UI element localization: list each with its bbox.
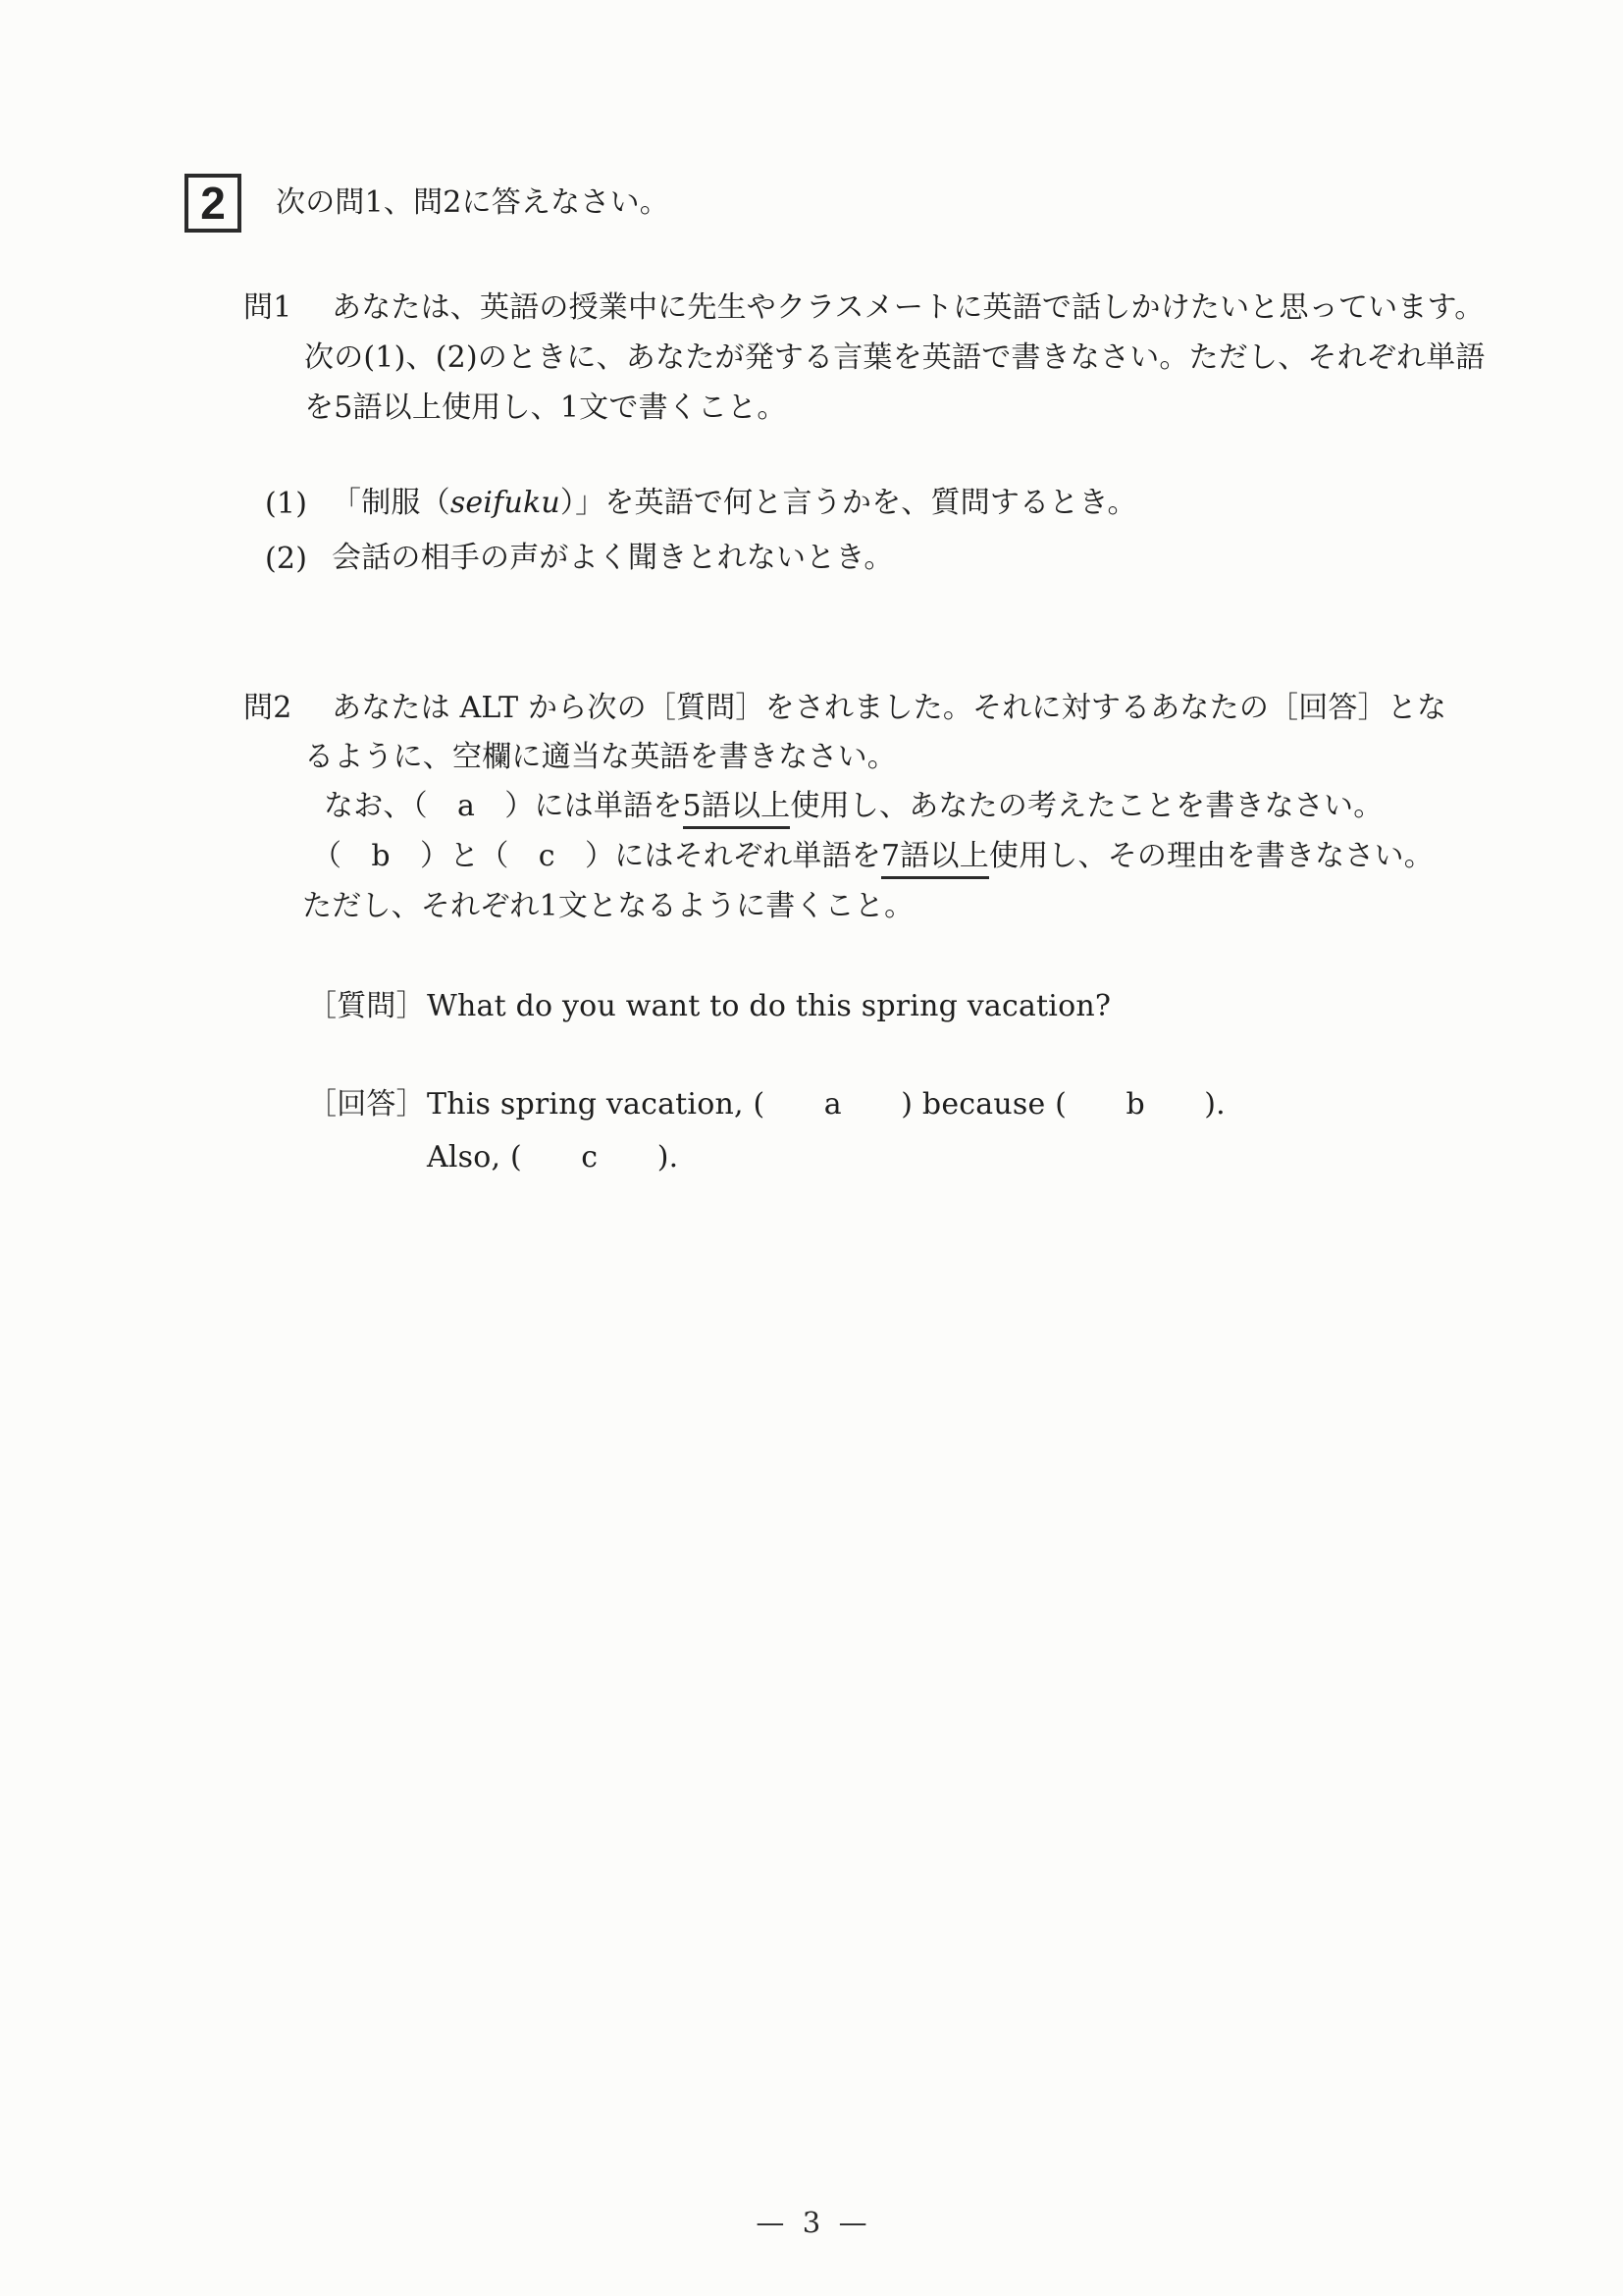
q1-item2-text: 会話の相手の声がよく聞きとれないとき。 bbox=[332, 541, 894, 576]
section-number: 2 bbox=[200, 177, 226, 230]
answer-line2: Also, ( c ). bbox=[427, 1140, 678, 1175]
q2-line2: るように、空欄に適当な英語を書きなさい。 bbox=[304, 740, 897, 775]
q1-item1-romaji: seifuku bbox=[450, 486, 560, 520]
answer-line1: This spring vacation, ( a ) because ( b … bbox=[427, 1087, 1226, 1122]
q2-line3-pre: なお、（ a ）には単語を bbox=[324, 789, 683, 823]
q2-line4-underlined: 7語以上 bbox=[881, 839, 989, 879]
q2-label: 問2 bbox=[243, 691, 292, 726]
q2-line1: あなたは ALT から次の［質問］をされました。それに対するあなたの［回答］とな bbox=[332, 691, 1446, 726]
page-number: — 3 — bbox=[0, 2206, 1623, 2239]
q1-item1-pre: 「制服（ bbox=[332, 486, 450, 520]
q2-line3-post: 使用し、あなたの考えたことを書きなさい。 bbox=[790, 789, 1383, 823]
question-label: ［質問］ bbox=[307, 989, 426, 1024]
q2-line3-underlined: 5語以上 bbox=[683, 789, 791, 829]
q1-item2-marker: (2) bbox=[265, 542, 307, 577]
q2-line4-pre: （ b ）と（ c ）にはそれぞれ単語を bbox=[312, 839, 881, 873]
q1-item1-text: 「制服（seifuku）」を英語で何と言うかを、質問するとき。 bbox=[332, 486, 1137, 521]
section-instruction: 次の問1、問2に答えなさい。 bbox=[276, 185, 669, 221]
q2-line3: なお、（ a ）には単語を5語以上使用し、あなたの考えたことを書きなさい。 bbox=[324, 789, 1383, 824]
q1-item1-post: ）」を英語で何と言うかを、質問するとき。 bbox=[560, 486, 1137, 520]
q1-label: 問1 bbox=[243, 290, 292, 326]
q1-item1-marker: (1) bbox=[265, 487, 307, 522]
q2-line5: ただし、それぞれ1文となるように書くこと。 bbox=[302, 889, 914, 924]
section-number-box: 2 bbox=[184, 174, 241, 233]
question-text: What do you want to do this spring vacat… bbox=[427, 989, 1111, 1024]
q1-line2: 次の(1)、(2)のときに、あなたが発する言葉を英語で書きなさい。ただし、それぞ… bbox=[304, 340, 1486, 376]
q1-line1: あなたは、英語の授業中に先生やクラスメートに英語で話しかけたいと思っています。 bbox=[332, 290, 1485, 326]
q2-line4-post: 使用し、その理由を書きなさい。 bbox=[989, 839, 1434, 873]
answer-label: ［回答］ bbox=[307, 1087, 426, 1122]
q1-line3: を5語以上使用し、1文で書くこと。 bbox=[304, 391, 787, 426]
q2-line4: （ b ）と（ c ）にはそれぞれ単語を7語以上使用し、その理由を書きなさい。 bbox=[312, 839, 1434, 874]
exam-page: 2 次の問1、問2に答えなさい。 問1 あなたは、英語の授業中に先生やクラスメー… bbox=[0, 0, 1623, 2296]
